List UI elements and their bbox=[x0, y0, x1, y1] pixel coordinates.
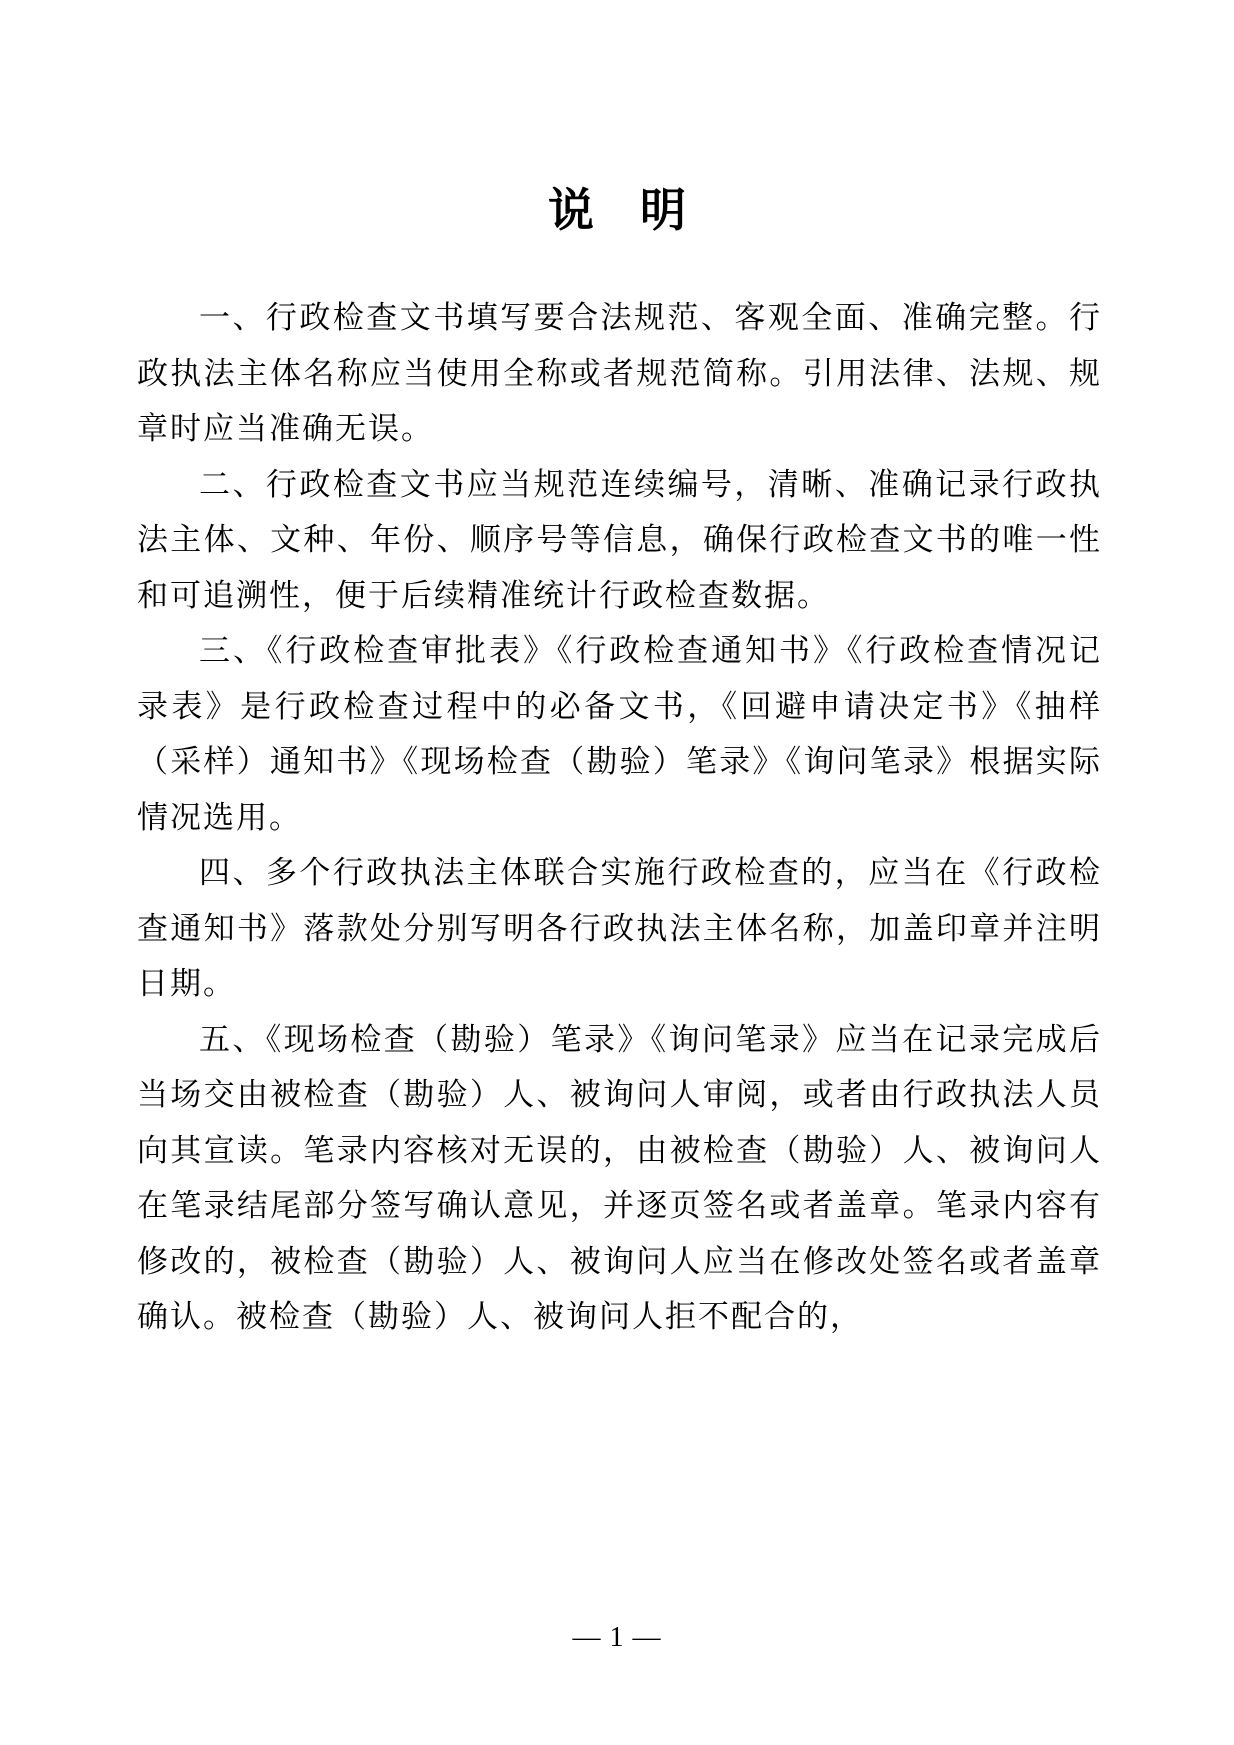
paragraph-2: 二、行政检查文书应当规范连续编号，清晰、准确记录行政执法主体、文种、年份、顺序号… bbox=[137, 457, 1102, 624]
paragraph-3: 三、《行政检查审批表》《行政检查通知书》《行政检查情况记录表》是行政检查过程中的… bbox=[137, 623, 1102, 845]
paragraph-1: 一、行政检查文书填写要合法规范、客观全面、准确完整。行政执法主体名称应当使用全称… bbox=[137, 290, 1102, 457]
document-page: 说 明 一、行政检查文书填写要合法规范、客观全面、准确完整。行政执法主体名称应当… bbox=[0, 0, 1234, 1745]
page-title: 说 明 bbox=[0, 183, 1234, 238]
paragraph-4: 四、多个行政执法主体联合实施行政检查的，应当在《行政检查通知书》落款处分别写明各… bbox=[137, 845, 1102, 1012]
page-footer: — 1 — bbox=[0, 1621, 1234, 1655]
page-number: — 1 — bbox=[573, 1622, 662, 1653]
paragraph-5: 五、《现场检查（勘验）笔录》《询问笔录》应当在记录完成后当场交由被检查（勘验）人… bbox=[137, 1012, 1102, 1345]
document-body: 一、行政检查文书填写要合法规范、客观全面、准确完整。行政执法主体名称应当使用全称… bbox=[137, 290, 1102, 1345]
